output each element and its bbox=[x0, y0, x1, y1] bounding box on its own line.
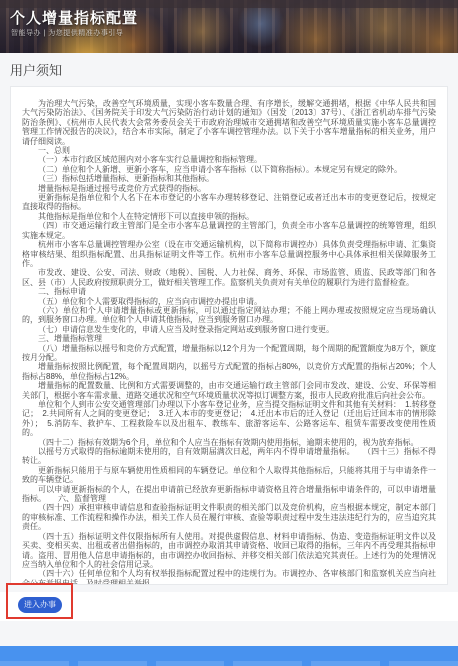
notice-paragraph: （四十五）指标证明文件仅限指标所有人使用。对提供虚假信息、材料申请指标、伪造、变… bbox=[22, 532, 436, 570]
notice-paragraph: （一）本市行政区域范围内对小客车实行总量调控和指标管理。 bbox=[22, 155, 436, 164]
notice-paragraph: 增量指标的配置数量、比例和方式需要调整的，由市交通运输行政主管部门会同市发改、建… bbox=[22, 381, 436, 400]
header-banner: 个人增量指标配置 智能导办 | 为您提供精准办事引导 bbox=[0, 0, 458, 53]
enter-service-button[interactable]: 进入办事 bbox=[18, 597, 62, 613]
notice-paragraph: （四十四）承担审核申请信息和查验指标证明文件职责的相关部门以及竞价机构，应当根据… bbox=[22, 503, 436, 531]
section-title-user-notice: 用户须知 bbox=[10, 60, 62, 79]
page-subtitle: 智能导办 | 为您提供精准办事引导 bbox=[11, 28, 123, 38]
page: 个人增量指标配置 智能导办 | 为您提供精准办事引导 用户须知 为治理大气污染，… bbox=[0, 0, 458, 666]
notice-paragraph: 为治理大气污染，改善空气环境质量，实现小客车数量合理、有序增长，缓解交通拥堵，根… bbox=[22, 99, 436, 146]
notice-paragraph: （六）单位和个人申请增量指标或更新指标，可以通过指定网站办理；不能上网办理或按照… bbox=[22, 306, 436, 325]
notice-paragraph: 更新指标是指单位和个人名下在本市登记的小客车办理转移登记、注销登记或者迁出本市的… bbox=[22, 193, 436, 212]
notice-paragraph: （八）增量指标以摇号和竞价方式配置，增量指标以12个月为一个配置周期，每个周期的… bbox=[22, 344, 436, 363]
notice-paragraph: （七）申请信息发生变化的，申请人应当及时登录指定网站或到服务窗口进行变更。 bbox=[22, 325, 436, 334]
notice-paragraph: 增量指标是指通过摇号或竞价方式获得的指标。 bbox=[22, 184, 436, 193]
notice-paragraph: 其他指标是指单位和个人在特定情形下可以直接申领的指标。 bbox=[22, 212, 436, 221]
notice-paragraph: 杭州市小客车总量调控管理办公室（设在市交通运输机构，以下简称市调控办）具体负责受… bbox=[22, 240, 436, 268]
notice-card: 为治理大气污染，改善空气环境质量，实现小客车数量合理、有序增长，缓解交通拥堵，根… bbox=[10, 86, 448, 585]
notice-paragraph: （三）指标包括增量指标、更新指标和其他指标。 bbox=[22, 174, 436, 183]
notice-paragraph: 更新指标只能用于与原车辆使用性质相同的车辆登记。单位和个人取得其他指标后，只能将… bbox=[22, 466, 436, 485]
notice-paragraph: 三、增量指标管理 bbox=[22, 334, 436, 343]
action-bar: 进入办事 bbox=[0, 592, 458, 621]
notice-paragraph: 单位和个人到市公安交通管理部门办理以下小客车登记业务，应当提交指标证明文件和其他… bbox=[22, 400, 436, 438]
notice-paragraph: （四十六）任何单位和个人均有权举报指标配置过程中的违规行为。市调控办、各审核部门… bbox=[22, 569, 436, 585]
page-title: 个人增量指标配置 bbox=[10, 7, 138, 28]
notice-paragraph: （五）单位和个人需要取得指标的，应当向市调控办提出申请。 bbox=[22, 297, 436, 306]
notice-paragraph: （四）市交通运输行政主管部门是全市小客车总量调控的主管部门，负责全市小客车总量调… bbox=[22, 221, 436, 240]
notice-paragraph: （二）单位和个人新增、更新小客车，应当申请小客车指标（以下简称指标）。本规定另有… bbox=[22, 165, 436, 174]
footer-bar bbox=[0, 646, 458, 666]
notice-paragraph: 市发改、建设、公安、司法、财政（地税）、国税、人力社保、商务、环保、市场监管、质… bbox=[22, 268, 436, 287]
notice-text: 为治理大气污染，改善空气环境质量，实现小客车数量合理、有序增长，缓解交通拥堵，根… bbox=[22, 99, 436, 585]
footer-card-tops bbox=[0, 661, 458, 666]
notice-paragraph: 二、指标申请 bbox=[22, 287, 436, 296]
notice-paragraph: 可以申请更新指标的个人，在提出申请前已经放弃更新指标申请资格且符合增量指标申请条… bbox=[22, 485, 436, 504]
notice-paragraph: （四十二）指标有效期为6个月，单位和个人应当在指标有效期内使用指标，逾期未使用的… bbox=[22, 438, 436, 447]
notice-paragraph: 以摇号方式取得的指标逾期未使用的，自有效期届满次日起，两年内不得申请增量指标。 … bbox=[22, 447, 436, 466]
notice-paragraph: 增量指标按照比例配置，每个配置周期内，以摇号方式配置的指标占80%，以竞价方式配… bbox=[22, 362, 436, 381]
